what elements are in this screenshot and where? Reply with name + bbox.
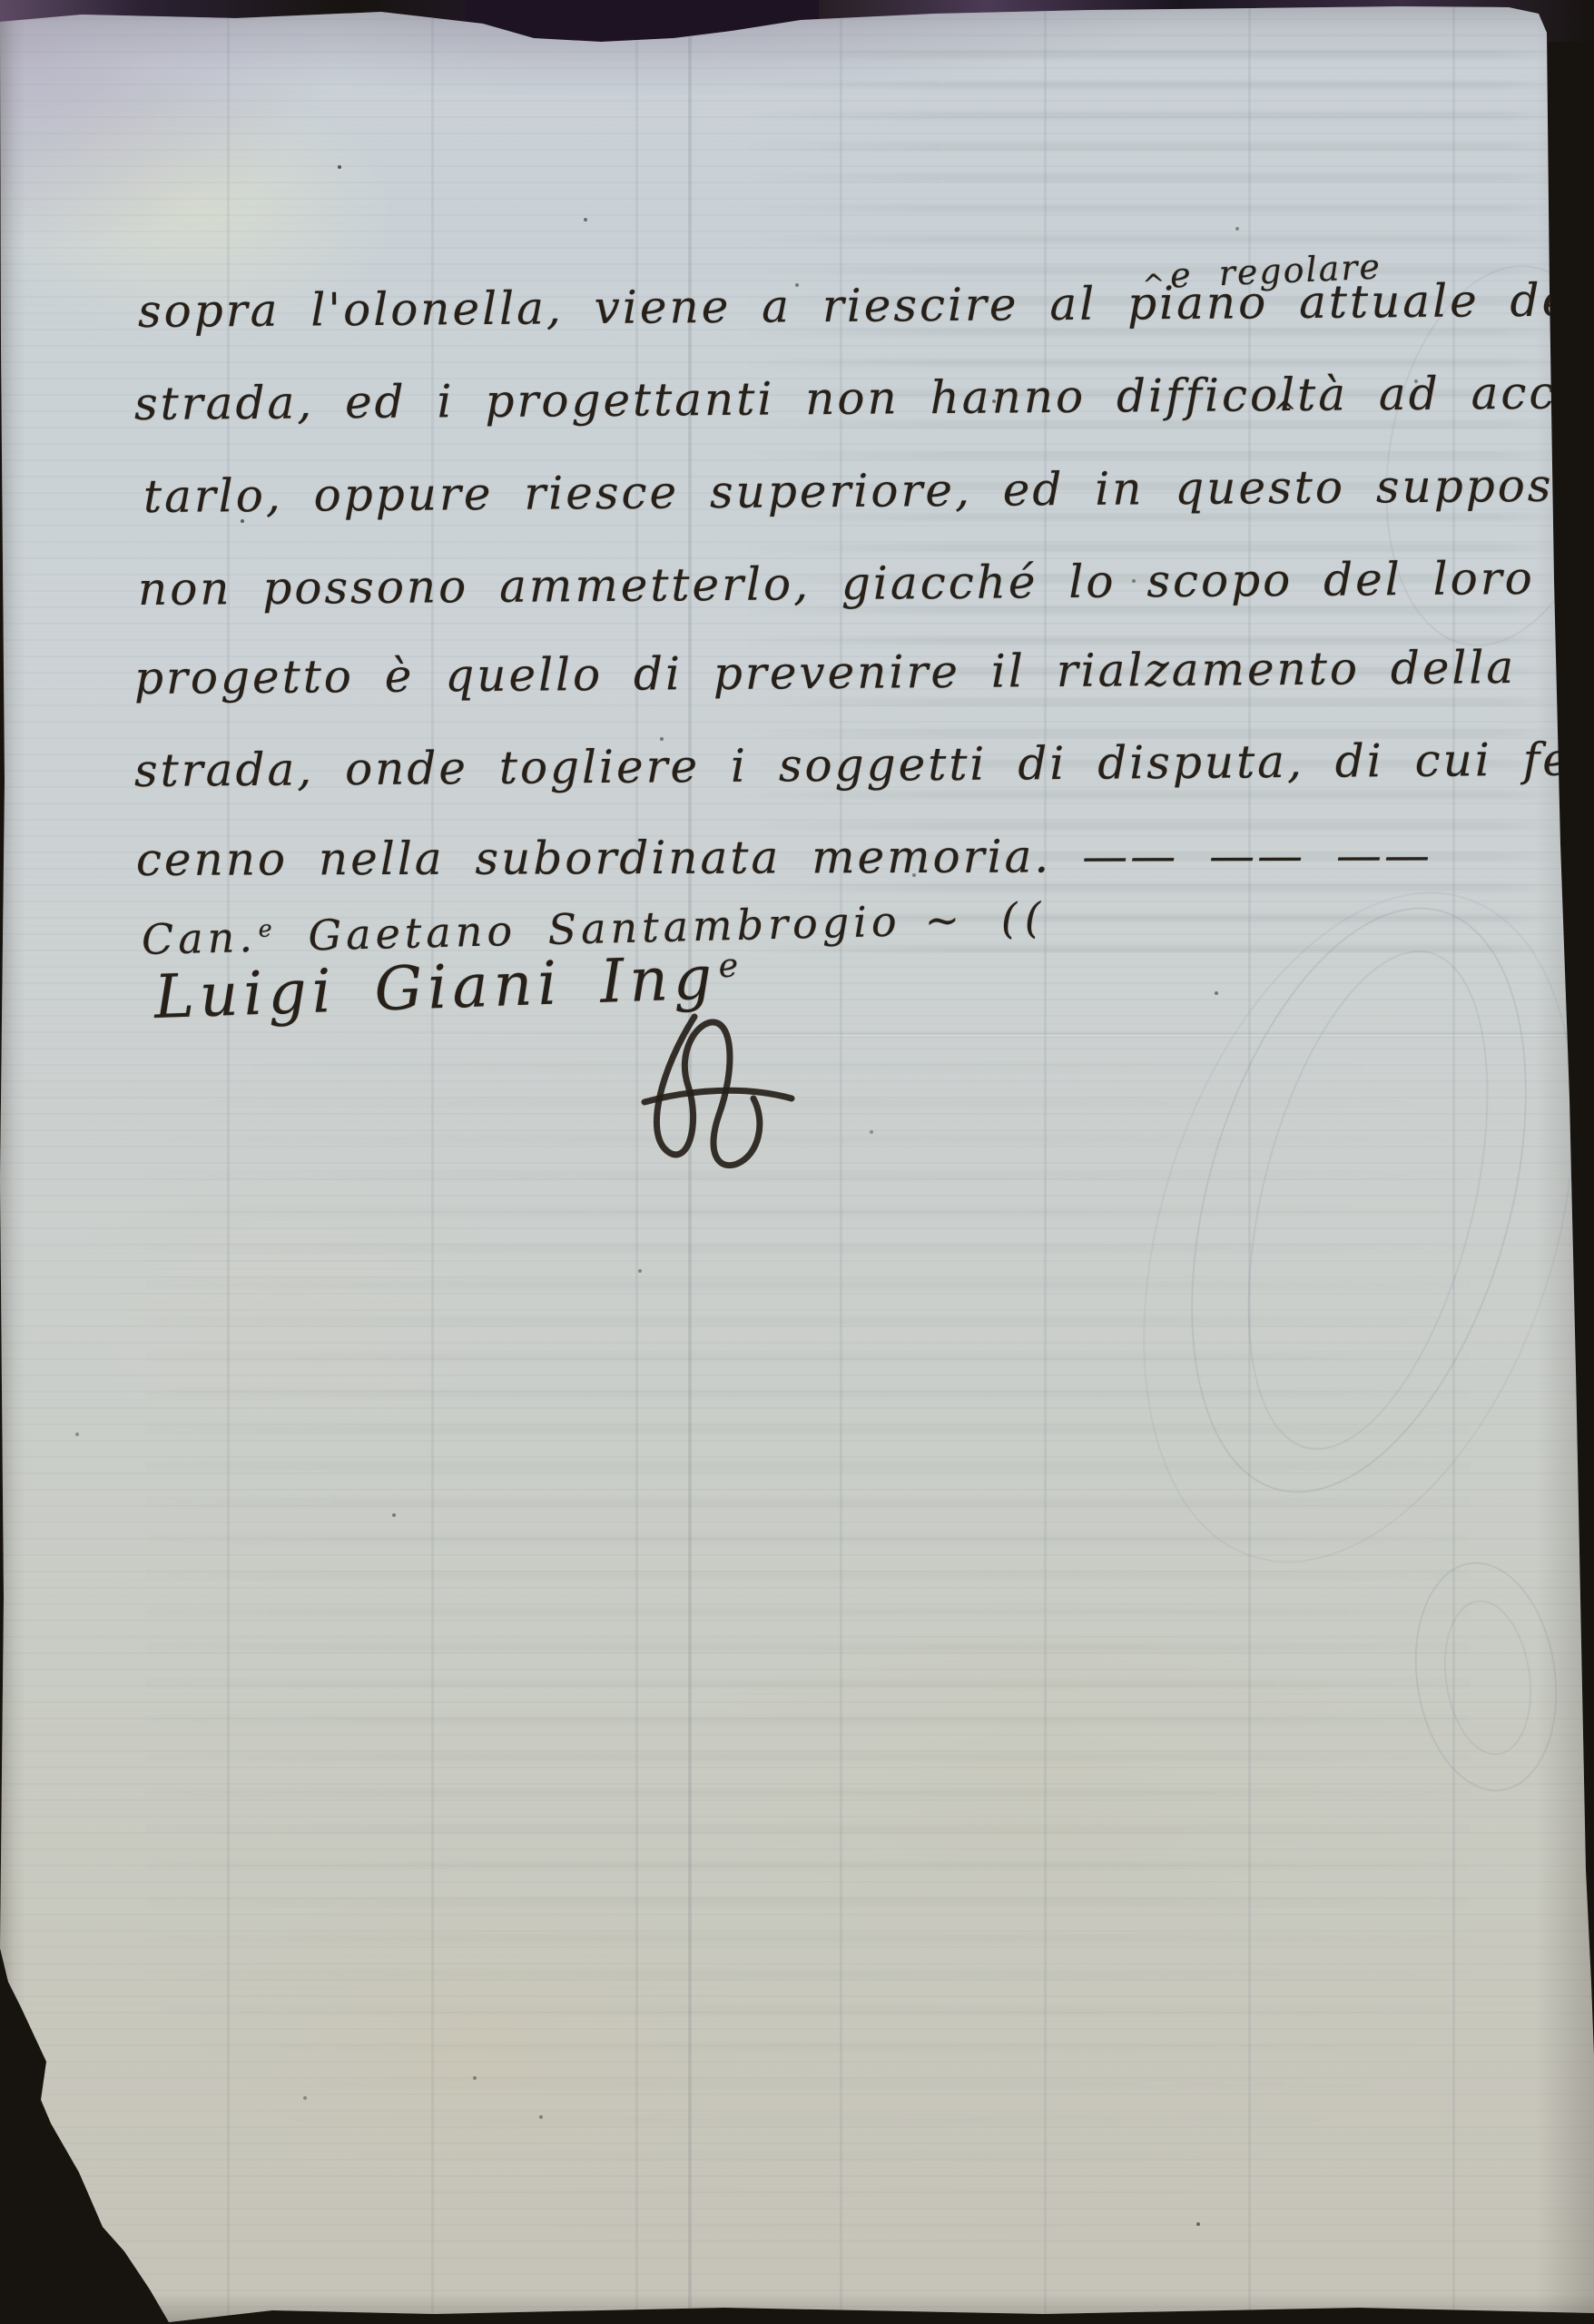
manuscript-line-7: cenno nella subordinata memoria. —— —— —… — [136, 832, 1432, 882]
paper-bottom-edge-shade — [0, 2293, 1594, 2324]
paper-left-edge-shade — [0, 0, 25, 2324]
manuscript-line-5: progetto è quello di prevenire il rialza… — [134, 645, 1517, 701]
manuscript-line-2: strada, ed i progettanti non hanno diffi… — [134, 369, 1594, 427]
signature-2-superscript: e — [718, 945, 744, 985]
signature-flourish-icon — [508, 1015, 862, 1178]
manuscript-line-6: strada, onde togliere i soggetti di disp… — [134, 736, 1594, 793]
manuscript-line-1: sopra l'olonella, viene a riescire al pi… — [138, 277, 1594, 334]
manuscript-line-4: non possono ammetterlo, giacché lo scopo… — [138, 556, 1535, 612]
signature-1-superscript: e — [258, 915, 277, 941]
signature-1-flourish-marks: ~ (( — [924, 893, 1048, 945]
signature-1-prefix: Can. — [141, 912, 257, 964]
scanned-page-photo: ^e regolare ^ sopra l'olonella, viene a … — [0, 0, 1594, 2324]
pencil-sketch-mark — [1065, 837, 1594, 1619]
paper-sheet: ^e regolare ^ sopra l'olonella, viene a … — [0, 0, 1594, 2324]
manuscript-line-3: tarlo, oppure riesce superiore, ed in qu… — [143, 462, 1594, 519]
